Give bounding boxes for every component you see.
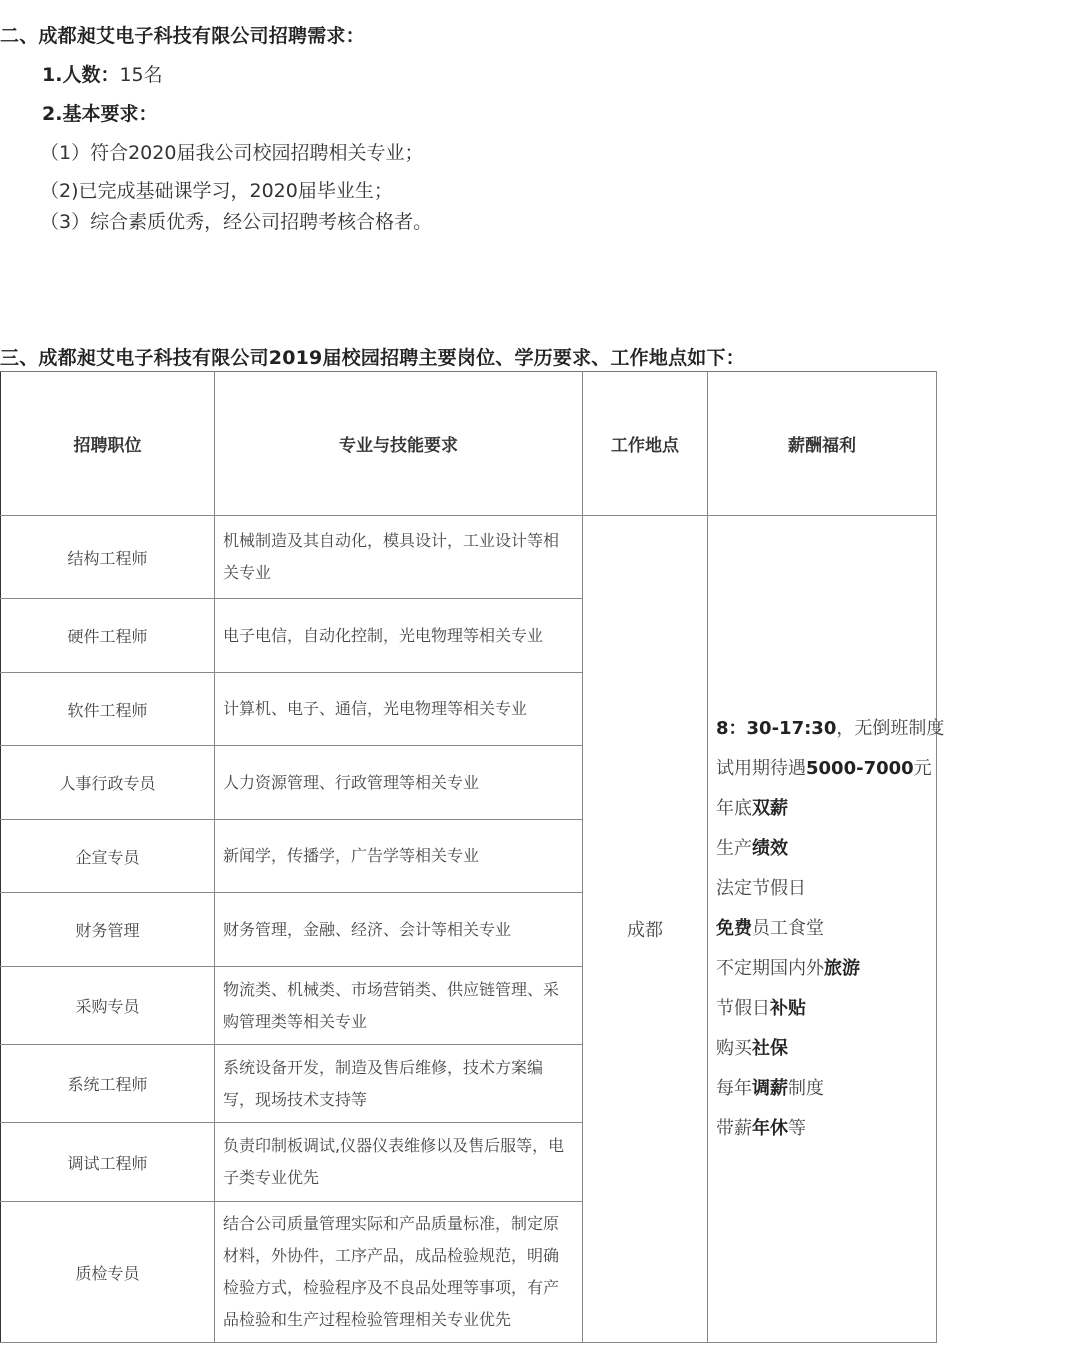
headcount-line: 1.人数：15名 (42, 60, 163, 87)
benefit-item: 试用期待遇5000-7000元 (716, 749, 936, 789)
headcount-value: 15名 (119, 64, 162, 86)
benefit-item: 购买社保 (716, 1029, 936, 1069)
header-benefits: 薪酬福利 (708, 372, 937, 516)
benefit-item: 带薪年休等 (716, 1109, 936, 1149)
requirement-cell: 物流类、机械类、市场营销类、供应链管理、采购管理类等相关专业 (215, 967, 583, 1045)
position-cell: 质检专员 (1, 1202, 215, 1343)
requirement-3: （3）综合素质优秀，经公司招聘考核合格者。 (40, 207, 432, 234)
position-cell: 软件工程师 (1, 673, 215, 746)
headcount-label: 1.人数： (42, 64, 119, 86)
benefit-item: 不定期国内外旅游 (716, 949, 936, 989)
benefit-item: 节假日补贴 (716, 989, 936, 1029)
section3-heading: 三、成都昶艾电子科技有限公司2019届校园招聘主要岗位、学历要求、工作地点如下： (0, 343, 745, 370)
positions-table: 招聘职位 专业与技能要求 工作地点 薪酬福利 结构工程师 机械制造及其自动化，模… (0, 371, 937, 1343)
requirement-cell: 财务管理，金融、经济、会计等相关专业 (215, 893, 583, 967)
position-cell: 结构工程师 (1, 516, 215, 599)
requirement-cell: 结合公司质量管理实际和产品质量标准，制定原材料，外协件，工序产品，成品检验规范，… (215, 1202, 583, 1343)
table-row: 结构工程师 机械制造及其自动化，模具设计，工业设计等相关专业 成都 8：30-1… (1, 516, 937, 599)
requirement-cell: 计算机、电子、通信，光电物理等相关专业 (215, 673, 583, 746)
header-position: 招聘职位 (1, 372, 215, 516)
benefits-cell: 8：30-17:30，无倒班制度 试用期待遇5000-7000元 年底双薪 生产… (708, 516, 937, 1343)
position-cell: 硬件工程师 (1, 599, 215, 673)
requirement-1: （1）符合2020届我公司校园招聘相关专业； (40, 138, 423, 165)
benefit-item: 法定节假日 (716, 869, 936, 909)
section2-heading: 二、成都昶艾电子科技有限公司招聘需求： (0, 21, 365, 48)
position-cell: 人事行政专员 (1, 746, 215, 820)
header-requirements: 专业与技能要求 (215, 372, 583, 516)
requirement-2: （2)已完成基础课学习，2020届毕业生； (40, 176, 393, 203)
requirement-cell: 系统设备开发，制造及售后维修，技术方案编写，现场技术支持等 (215, 1045, 583, 1123)
benefit-item: 每年调薪制度 (716, 1069, 936, 1109)
benefit-item: 生产绩效 (716, 829, 936, 869)
header-location: 工作地点 (583, 372, 708, 516)
requirement-cell: 机械制造及其自动化，模具设计，工业设计等相关专业 (215, 516, 583, 599)
requirement-cell: 新闻学，传播学，广告学等相关专业 (215, 820, 583, 893)
table-header-row: 招聘职位 专业与技能要求 工作地点 薪酬福利 (1, 372, 937, 516)
requirement-cell: 人力资源管理、行政管理等相关专业 (215, 746, 583, 820)
position-cell: 企宣专员 (1, 820, 215, 893)
position-cell: 调试工程师 (1, 1123, 215, 1202)
basic-requirements-label: 2.基本要求： (42, 99, 157, 126)
position-cell: 采购专员 (1, 967, 215, 1045)
benefit-item: 年底双薪 (716, 789, 936, 829)
position-cell: 财务管理 (1, 893, 215, 967)
location-cell: 成都 (583, 516, 708, 1343)
benefit-item: 8：30-17:30，无倒班制度 (716, 709, 936, 749)
benefit-item: 免费员工食堂 (716, 909, 936, 949)
requirement-cell: 负责印制板调试,仪器仪表维修以及售后服等，电子类专业优先 (215, 1123, 583, 1202)
position-cell: 系统工程师 (1, 1045, 215, 1123)
requirement-cell: 电子电信，自动化控制，光电物理等相关专业 (215, 599, 583, 673)
